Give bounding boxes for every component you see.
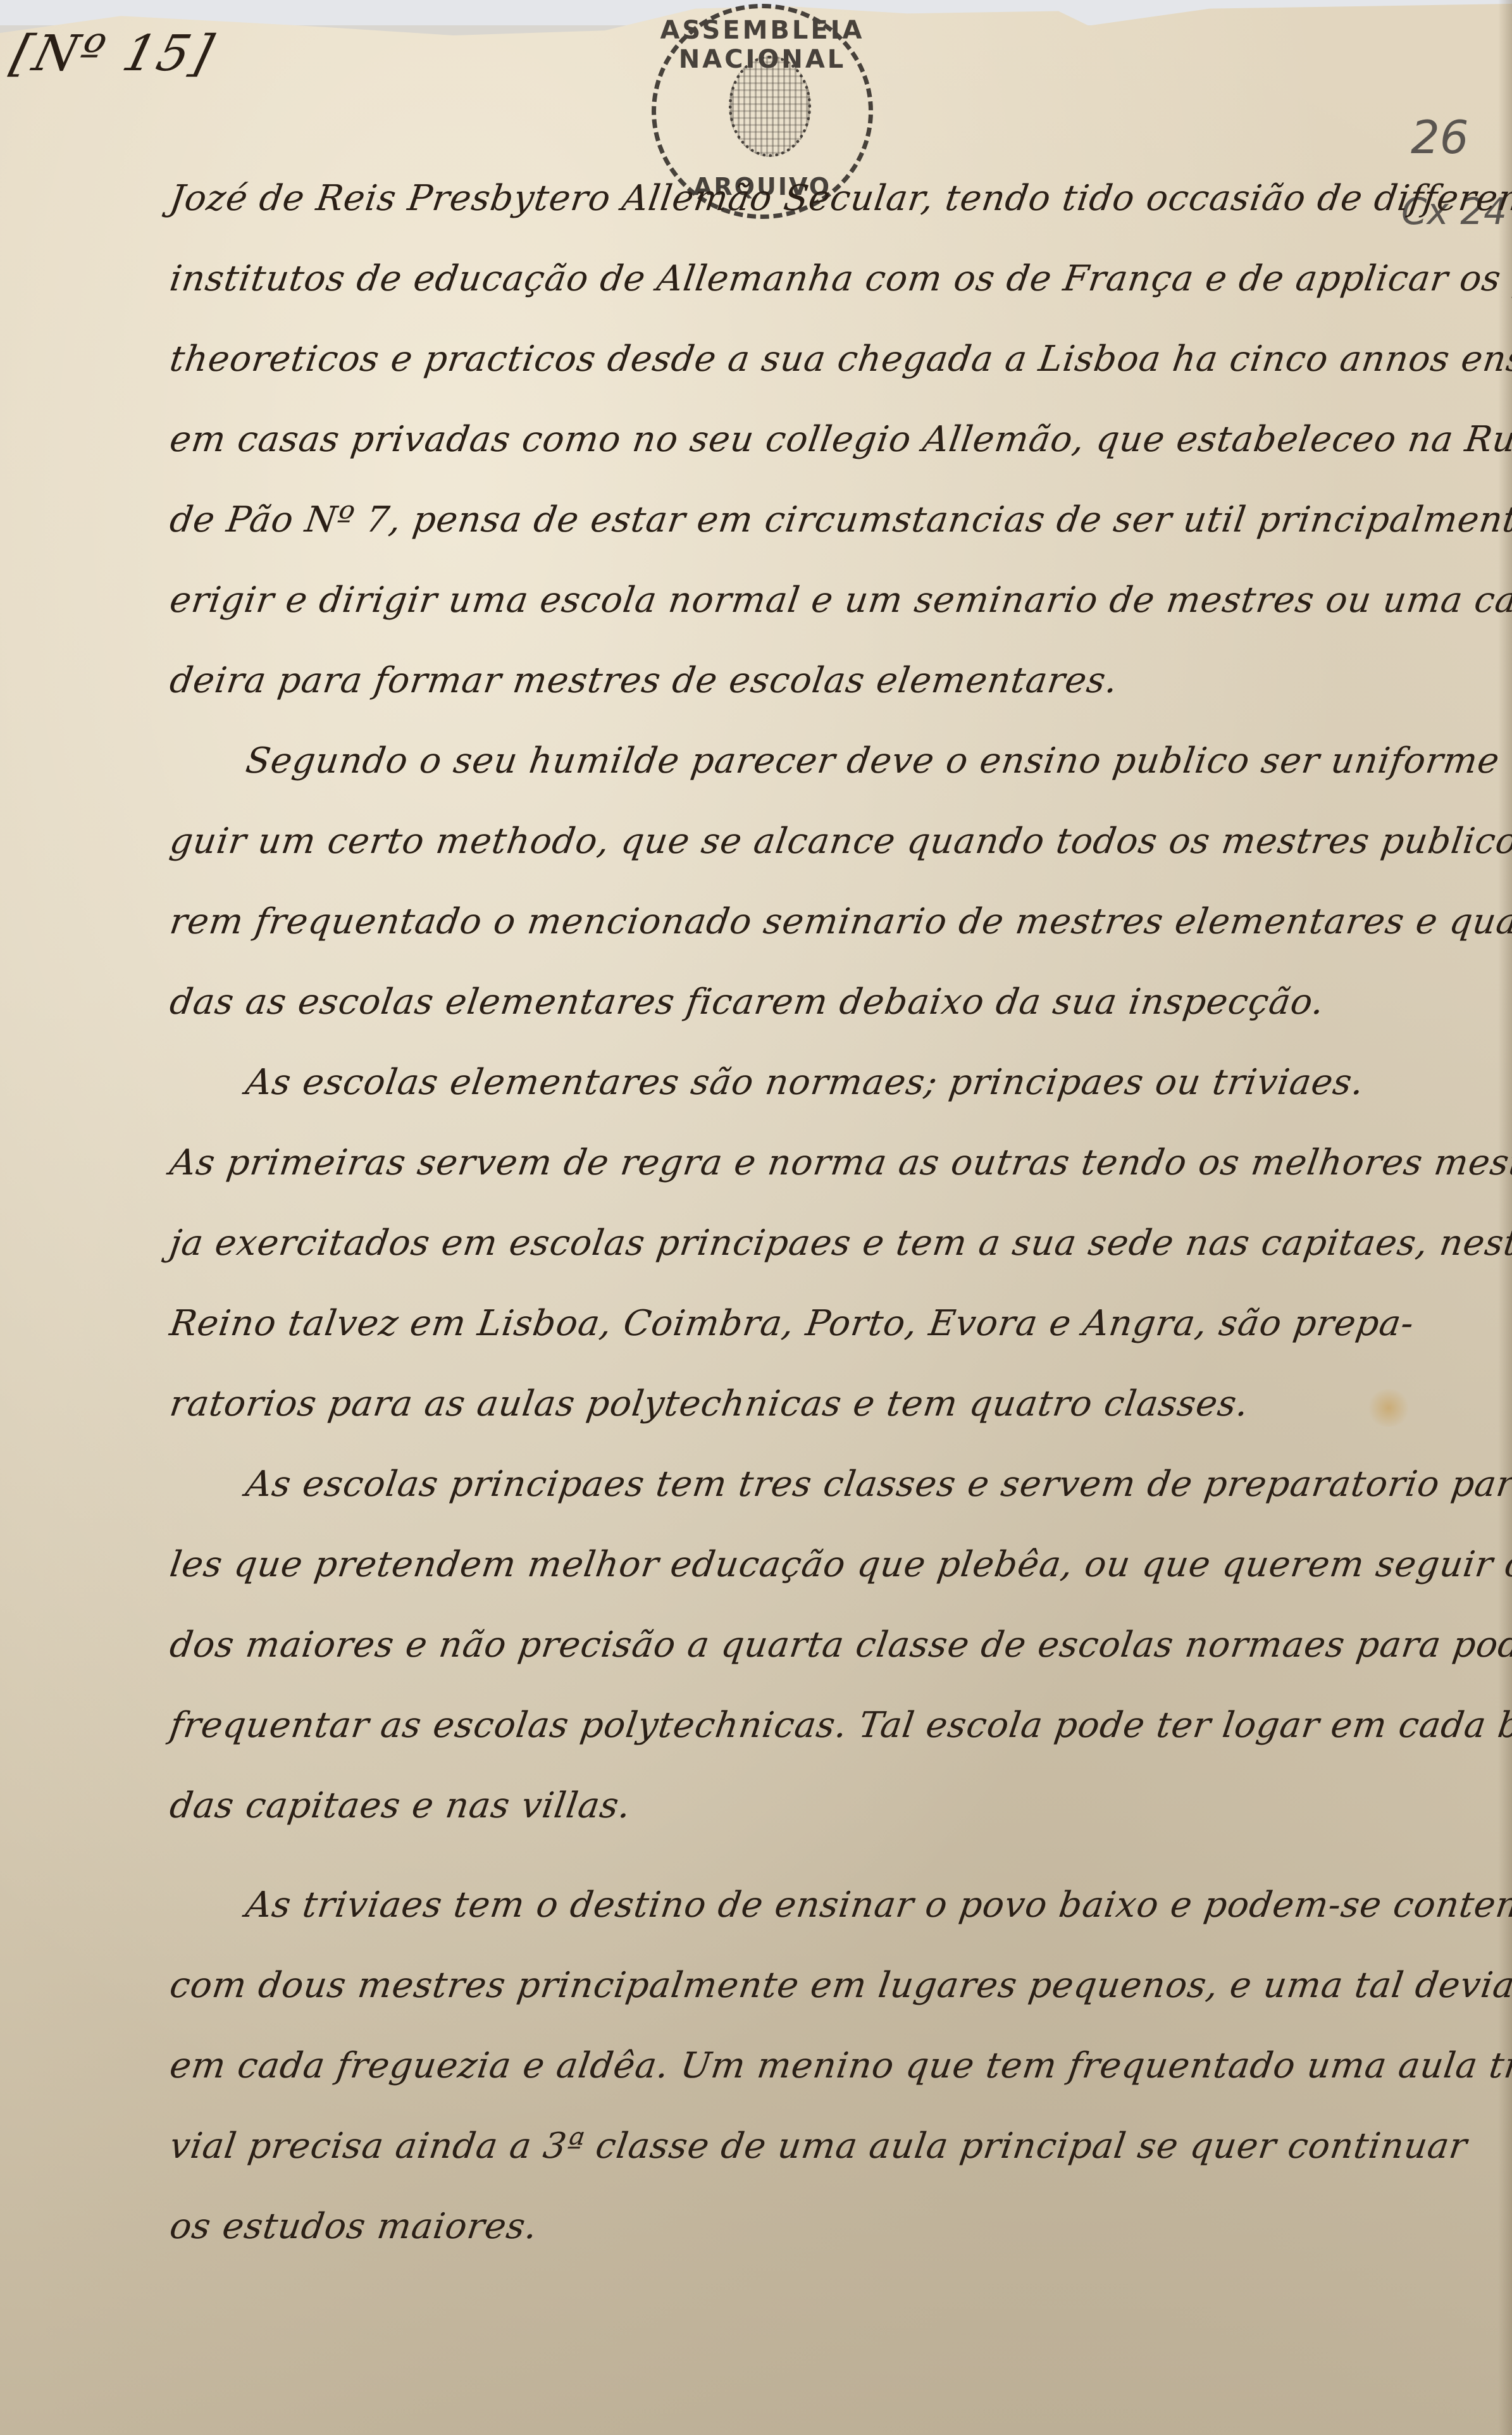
paragraph: As escolas principaes tem tres classes e… xyxy=(164,1444,1423,1846)
text-line: os estudos maiores. xyxy=(164,2186,1435,2267)
text-line: guir um certo methodo, que se alcance qu… xyxy=(164,801,1435,881)
text-line: deira para formar mestres de escolas ele… xyxy=(164,640,1435,721)
text-line: Jozé de Reis Presbytero Allemão Secular,… xyxy=(164,158,1435,239)
text-line: As escolas elementares são normaes; prin… xyxy=(164,1042,1435,1123)
text-line: Segundo o seu humilde parecer deve o ens… xyxy=(164,721,1435,801)
text-line: com dous mestres principalmente em lugar… xyxy=(164,1945,1435,2026)
paragraph: Jozé de Reis Presbytero Allemão Secular,… xyxy=(164,158,1423,721)
text-line: As escolas principaes tem tres classes e… xyxy=(164,1444,1435,1524)
text-line: vial precisa ainda a 3ª classe de uma au… xyxy=(164,2106,1435,2186)
coat-of-arms-icon xyxy=(729,56,811,157)
text-line: em casas privadas como no seu collegio A… xyxy=(164,399,1435,480)
text-line: Reino talvez em Lisboa, Coimbra, Porto, … xyxy=(164,1283,1435,1364)
text-line: de Pão Nº 7, pensa de estar em circumsta… xyxy=(164,480,1435,560)
paragraph-gap xyxy=(164,1846,1423,1865)
text-line: em cada freguezia e aldêa. Um menino que… xyxy=(164,2026,1435,2106)
text-line: As primeiras servem de regra e norma as … xyxy=(164,1123,1435,1203)
text-line: das capitaes e nas villas. xyxy=(164,1766,1435,1846)
text-line: As triviaes tem o destino de ensinar o p… xyxy=(164,1865,1435,1945)
text-line: ratorios para as aulas polytechnicas e t… xyxy=(164,1364,1435,1444)
text-line: rem frequentado o mencionado seminario d… xyxy=(164,881,1435,962)
text-line: dos maiores e não precisão a quarta clas… xyxy=(164,1605,1435,1685)
paragraph: Segundo o seu humilde parecer deve o ens… xyxy=(164,721,1423,1042)
text-line: les que pretendem melhor educação que pl… xyxy=(164,1524,1435,1605)
text-line: ja exercitados em escolas principaes e t… xyxy=(164,1203,1435,1283)
paragraph: As escolas elementares são normaes; prin… xyxy=(164,1042,1423,1123)
pencil-page-number: 26 xyxy=(1411,111,1469,164)
text-line: das as escolas elementares ficarem debai… xyxy=(164,962,1435,1042)
text-line: frequentar as escolas polytechnicas. Tal… xyxy=(164,1685,1435,1766)
text-line: institutos de educação de Allemanha com … xyxy=(164,239,1435,319)
text-line: erigir e dirigir uma escola normal e um … xyxy=(164,560,1435,640)
paragraph: As primeiras servem de regra e norma as … xyxy=(164,1123,1423,1444)
folio-reference: [Nº 15] xyxy=(6,25,221,82)
text-line: theoreticos e practicos desde a sua cheg… xyxy=(164,319,1435,399)
paragraph: As triviaes tem o destino de ensinar o p… xyxy=(164,1865,1423,2267)
manuscript-body: Jozé de Reis Presbytero Allemão Secular,… xyxy=(164,158,1423,2267)
